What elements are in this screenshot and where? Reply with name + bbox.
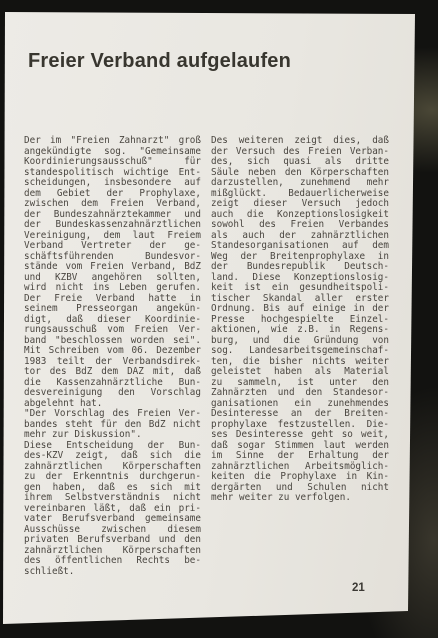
text-column-right: Des weiteren zeigt dies, daßder Versuch …: [211, 136, 389, 504]
text-line: seinem Presseorgan angekün-: [24, 304, 201, 315]
text-line: zeigt dieser Versuch jedoch: [211, 199, 389, 210]
text-line: darzustellen, zunehmend mehr: [211, 178, 389, 189]
text-line: der Bundeskassenzahnärztlichen: [24, 220, 201, 231]
text-line: wird nicht ins Leben gerufen.: [24, 283, 201, 294]
text-line: Standesorganisationen auf dem: [211, 241, 389, 252]
text-line: Koordinierungsausschuß" für: [24, 157, 201, 168]
text-line: des öffentlichen Rechts be-: [24, 556, 201, 567]
text-line: des-KZV zeigt, daß sich die: [24, 451, 201, 462]
text-line: Ordnung. Bis auf einige in der: [211, 304, 389, 315]
scan-background: Freier Verband aufgelaufen Der im "Freie…: [0, 0, 438, 638]
text-line: mehr zur Diskussion".: [24, 430, 201, 441]
text-line: tor des BdZ dem DAZ mit, daß: [24, 367, 201, 378]
text-line: der Bundesrepublik Deutsch-: [211, 262, 389, 273]
text-line: keiten die Prophylaxe in Kin-: [211, 472, 389, 483]
text-line: Der im "Freien Zahnarzt" groß: [24, 136, 201, 147]
text-line: sog. Landesarbeitsgemeinschaf-: [211, 346, 389, 357]
text-line: ses Desinteresse geht so weit,: [211, 430, 389, 441]
document-page: Freier Verband aufgelaufen Der im "Freie…: [0, 0, 438, 638]
text-line: desvereinigung den Vorschlag: [24, 388, 201, 399]
text-line: Mit Schreiben vom 06. Dezember: [24, 346, 201, 357]
text-line: mehr weiter zu verfolgen.: [211, 493, 389, 504]
text-line: im Sinne der Erhaltung der: [211, 451, 389, 462]
text-line: des, sich quasi als dritte: [211, 157, 389, 168]
text-line: scheidungen, insbesondere auf: [24, 178, 201, 189]
text-line: keit ist ein gesundheitspoli-: [211, 283, 389, 294]
text-line: geleistet haben als Material: [211, 367, 389, 378]
text-line: stände vom Freien Verband, BdZ: [24, 262, 201, 273]
text-line: zu der Erkenntnis durchgerun-: [24, 472, 201, 483]
text-line: zwischen dem Freien Verband,: [24, 199, 201, 210]
text-line: aktionen, wie z.B. in Regens-: [211, 325, 389, 336]
text-line: rungsausschuß vom Freien Ver-: [24, 325, 201, 336]
article-title: Freier Verband aufgelaufen: [28, 50, 291, 73]
text-line: Desinteresse an der Breiten-: [211, 409, 389, 420]
text-line: Verband Vertreter der ge-: [24, 241, 201, 252]
text-line: vater Berufsverband gemeinsame: [24, 514, 201, 525]
text-line: "Der Vorschlag des Freien Ver-: [24, 409, 201, 420]
text-column-left: Der im "Freien Zahnarzt" großangekündigt…: [24, 136, 201, 577]
text-line: ihrem Selbstverständnis nicht: [24, 493, 201, 504]
text-line: privaten Berufsverband und den: [24, 535, 201, 546]
text-line: sowohl des Freien Verbandes: [211, 220, 389, 231]
text-line: schließt.: [24, 567, 201, 578]
text-line: Des weiteren zeigt dies, daß: [211, 136, 389, 147]
page-number: 21: [352, 582, 365, 594]
text-line: Zahnärzten und den Standesor-: [211, 388, 389, 399]
